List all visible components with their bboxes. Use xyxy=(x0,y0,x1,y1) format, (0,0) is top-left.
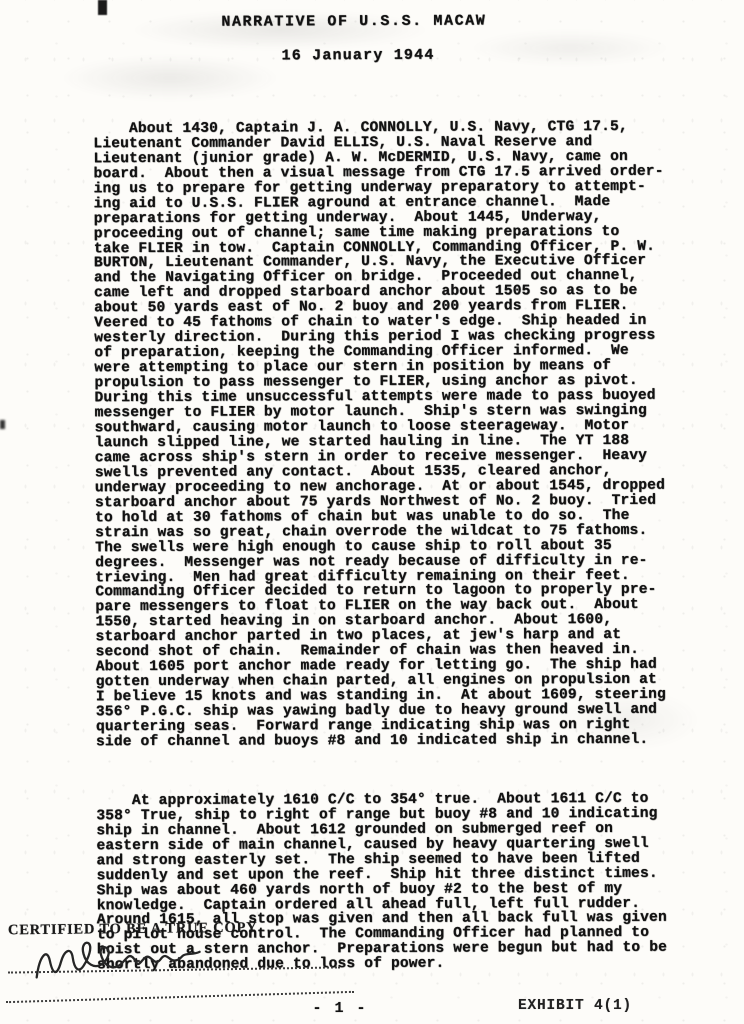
document-title: NARRATIVE OF U.S.S. MACAW xyxy=(0,12,726,31)
exhibit-label: EXHIBIT 4(1) xyxy=(518,998,632,1014)
handwritten-signature xyxy=(27,928,215,996)
narrative-text: About 1430, Captain J. A. CONNOLLY, U.S.… xyxy=(93,90,697,1004)
paragraph-1: About 1430, Captain J. A. CONNOLLY, U.S.… xyxy=(93,120,696,751)
document-date: 16 January 1944 xyxy=(0,46,730,65)
document-body: NARRATIVE OF U.S.S. MACAW 16 January 194… xyxy=(0,0,744,1024)
scanned-document-page: NARRATIVE OF U.S.S. MACAW 16 January 194… xyxy=(0,0,744,1024)
